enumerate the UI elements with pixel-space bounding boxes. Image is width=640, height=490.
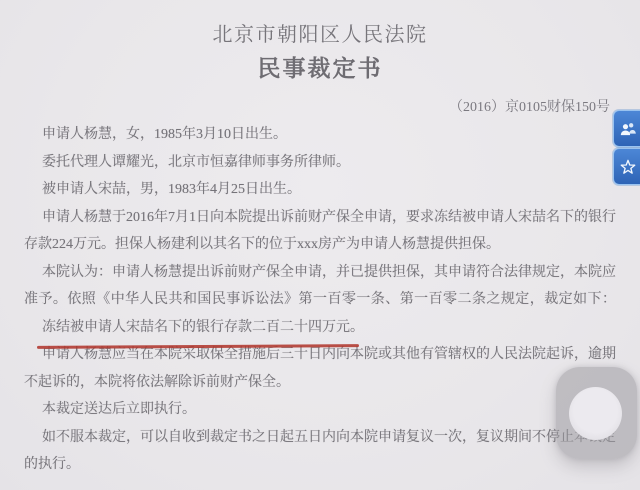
people-icon — [618, 119, 638, 139]
text-line-applicant: 申请人杨慧，女，1985年3月10日出生。 — [24, 121, 616, 149]
favorite-button[interactable] — [613, 148, 640, 185]
text-line-lawsuit-deadline-2: 不起诉的，本院将依法解除诉前财产保全。 — [24, 369, 616, 397]
star-icon — [618, 157, 638, 177]
text-line-review-1: 如不服本裁定，可以自收到裁定书之日起五日内向本院申请复议一次，复议期间不停止本裁… — [24, 424, 616, 452]
text-line-opinion-1: 本院认为：申请人杨慧提出诉前财产保全申请，并已提供担保，其申请符合法律规定，本院… — [24, 259, 616, 287]
document-title: 民事裁定书 — [0, 50, 640, 83]
assistive-touch-circle-icon — [569, 387, 622, 440]
text-line-respondent: 被申请人宋喆，男，1983年4月25日出生。 — [24, 176, 616, 204]
case-number: （2016）京0105财保150号 — [449, 96, 610, 116]
text-line-application-2: 存款224万元。担保人杨建利以其名下的位于xxx房产为申请人杨慧提供担保。 — [24, 231, 616, 259]
text-line-review-2: 的执行。 — [24, 451, 616, 479]
text-line-immediate-execution: 本裁定送达后立即执行。 — [24, 396, 616, 424]
text-line-ruling-frozen-deposit: 冻结被申请人宋喆名下的银行存款二百二十四万元。 — [24, 314, 616, 342]
document-body: 申请人杨慧，女，1985年3月10日出生。 委托代理人谭耀光，北京市恒嘉律师事务… — [24, 121, 616, 479]
court-name: 北京市朝阳区人民法院 — [0, 18, 640, 47]
text-line-opinion-2: 准予。依照《中华人民共和国民事诉讼法》第一百零一条、第一百零二条之规定，裁定如下… — [24, 286, 616, 314]
side-toolbar — [613, 110, 640, 185]
share-contacts-button[interactable] — [613, 110, 640, 147]
document-photo-page: 北京市朝阳区人民法院 民事裁定书 （2016）京0105财保150号 申请人杨慧… — [0, 0, 640, 490]
text-line-agent: 委托代理人谭耀光，北京市恒嘉律师事务所律师。 — [24, 149, 616, 177]
text-line-application-1: 申请人杨慧于2016年7月1日向本院提出诉前财产保全申请，要求冻结被申请人宋喆名… — [24, 204, 616, 232]
assistive-touch-button[interactable] — [556, 367, 637, 459]
